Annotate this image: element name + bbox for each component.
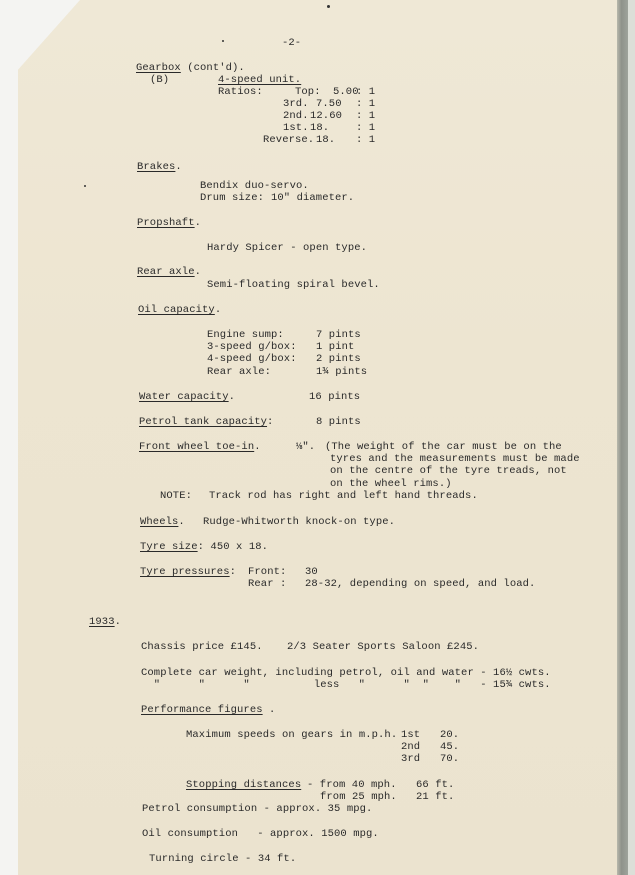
brakes-heading-line: Brakes. — [137, 161, 182, 173]
page-number: -2- — [282, 37, 301, 49]
performance-heading: Performance figures — [141, 704, 263, 716]
chassis-price: Chassis price £145. — [141, 641, 263, 653]
max-speed-gear: 1st — [401, 729, 420, 741]
oil-item-value: 2 pints — [316, 353, 361, 365]
toe-in-heading: Front wheel toe-in — [139, 441, 254, 453]
max-speed-gear: 2nd — [401, 741, 420, 753]
weight-line: " " " less " " " " - 15¾ cwts. — [141, 679, 551, 691]
oil-item-value: 1 pint — [316, 341, 354, 353]
stopping-value: 21 ft. — [416, 791, 454, 803]
stopping-from: - from 40 mph. — [307, 779, 397, 791]
petrol-consumption: Petrol consumption - approx. 35 mpg. — [142, 803, 372, 815]
drum-size-label: Drum size: — [200, 192, 264, 204]
petrol-tank-heading: Petrol tank capacity — [139, 416, 267, 428]
propshaft-heading-line: Propshaft. — [137, 217, 201, 229]
max-speed-value: 20. — [440, 729, 459, 741]
wheels-heading: Wheels — [140, 516, 178, 528]
ratio-sep: : 1 — [356, 86, 375, 98]
paper-speck — [222, 40, 224, 42]
oil-capacity-heading: Oil capacity — [138, 304, 215, 316]
drum-size-value: 10" diameter. — [271, 192, 354, 204]
ratio-gear: 1st. — [283, 122, 309, 134]
gearbox-heading-line: Gearbox (cont'd). — [136, 62, 245, 74]
year-heading: 1933 — [89, 616, 115, 628]
tyre-pressures-heading: Tyre pressures — [140, 566, 230, 578]
gearbox-heading: Gearbox — [136, 62, 181, 74]
stopping-distances-heading: Stopping distances — [186, 779, 301, 791]
oil-item-label: 4-speed g/box: — [207, 353, 297, 365]
page-edge-shadow — [617, 0, 628, 875]
turning-circle: Turning circle - 34 ft. — [149, 853, 296, 865]
ratio-value: 7.50 — [316, 98, 342, 110]
saloon-price: 2/3 Seater Sports Saloon £245. — [287, 641, 479, 653]
petrol-tank-heading-line: Petrol tank capacity: — [139, 416, 273, 428]
ratio-value: 5.00 — [333, 86, 359, 98]
ratios-label: Ratios: — [218, 86, 263, 98]
note-label: NOTE: — [160, 490, 192, 502]
oil-item-value: 7 pints — [316, 329, 361, 341]
ratio-value: 18. — [316, 134, 335, 146]
ratio-gear: 3rd. — [283, 98, 309, 110]
toe-in-note-line: on the wheel rims.) — [330, 478, 452, 490]
performance-heading-dot: . — [269, 704, 275, 716]
tyre-pressures-heading-line: Tyre pressures: — [140, 566, 236, 578]
tyre-rear-label: Rear : — [248, 578, 286, 590]
max-speed-gear: 3rd — [401, 753, 420, 765]
max-speed-value: 45. — [440, 741, 459, 753]
tyre-size-heading: Tyre size — [140, 541, 198, 553]
petrol-tank-value: 8 pints — [316, 416, 361, 428]
ratio-sep: : 1 — [356, 110, 375, 122]
toe-in-heading-line: Front wheel toe-in. — [139, 441, 261, 453]
toe-in-value: ⅛". — [296, 441, 315, 453]
stopping-from: from 25 mph. — [320, 791, 397, 803]
ratio-sep: : 1 — [356, 122, 375, 134]
brakes-heading: Brakes — [137, 161, 175, 173]
oil-item-value: 1¾ pints — [316, 366, 367, 378]
toe-in-note-line: (The weight of the car must be on the — [325, 441, 562, 453]
page-edge-margin — [628, 0, 635, 875]
ratio-value: 12.60 — [310, 110, 342, 122]
gearbox-unit-title: 4-speed unit. — [218, 74, 301, 86]
wheels-heading-line: Wheels. — [140, 516, 185, 528]
tyre-rear-value: 28-32, depending on speed, and load. — [305, 578, 535, 590]
water-capacity-heading: Water capacity — [139, 391, 229, 403]
max-speeds-label: Maximum speeds on gears in m.p.h. — [186, 729, 397, 741]
gearbox-heading-suffix: (cont'd). — [181, 62, 245, 74]
page-fold-corner — [0, 0, 80, 90]
weight-line: Complete car weight, including petrol, o… — [141, 667, 551, 679]
oil-item-label: Rear axle: — [207, 366, 271, 378]
ratio-sep: : 1 — [356, 98, 375, 110]
wheels-text: Rudge-Whitworth knock-on type. — [203, 516, 395, 528]
rear-axle-heading: Rear axle — [137, 266, 195, 278]
brakes-type: Bendix duo-servo. — [200, 180, 309, 192]
rear-axle-heading-line: Rear axle. — [137, 266, 201, 278]
toe-in-note-line: tyres and the measurements must be made — [330, 453, 580, 465]
water-capacity-value: 16 pints — [309, 391, 360, 403]
note-text: Track rod has right and left hand thread… — [209, 490, 478, 502]
toe-in-note-line: on the centre of the tyre treads, not — [330, 465, 567, 477]
tyre-front-label: Front: — [248, 566, 286, 578]
propshaft-heading: Propshaft — [137, 217, 195, 229]
oil-item-label: Engine sump: — [207, 329, 284, 341]
ratio-value: 18. — [310, 122, 329, 134]
ratio-gear: 2nd. — [283, 110, 309, 122]
gearbox-section: (B) — [150, 74, 169, 86]
oil-item-label: 3-speed g/box: — [207, 341, 297, 353]
max-speed-value: 70. — [440, 753, 459, 765]
tyre-front-value: 30 — [305, 566, 318, 578]
paper-speck — [84, 185, 86, 187]
water-capacity-heading-line: Water capacity. — [139, 391, 235, 403]
rear-axle-text: Semi-floating spiral bevel. — [207, 279, 380, 291]
paper-speck — [327, 5, 330, 8]
tyre-size-line: Tyre size: 450 x 18. — [140, 541, 268, 553]
ratio-gear: Reverse. — [263, 134, 314, 146]
oil-consumption: Oil consumption - approx. 1500 mpg. — [142, 828, 379, 840]
year-heading-line: 1933. — [89, 616, 121, 628]
oil-capacity-heading-line: Oil capacity. — [138, 304, 221, 316]
tyre-size-value: 450 x 18. — [210, 541, 268, 553]
ratio-gear: Top: — [295, 86, 321, 98]
stopping-value: 66 ft. — [416, 779, 454, 791]
propshaft-text: Hardy Spicer - open type. — [207, 242, 367, 254]
ratio-sep: : 1 — [356, 134, 375, 146]
